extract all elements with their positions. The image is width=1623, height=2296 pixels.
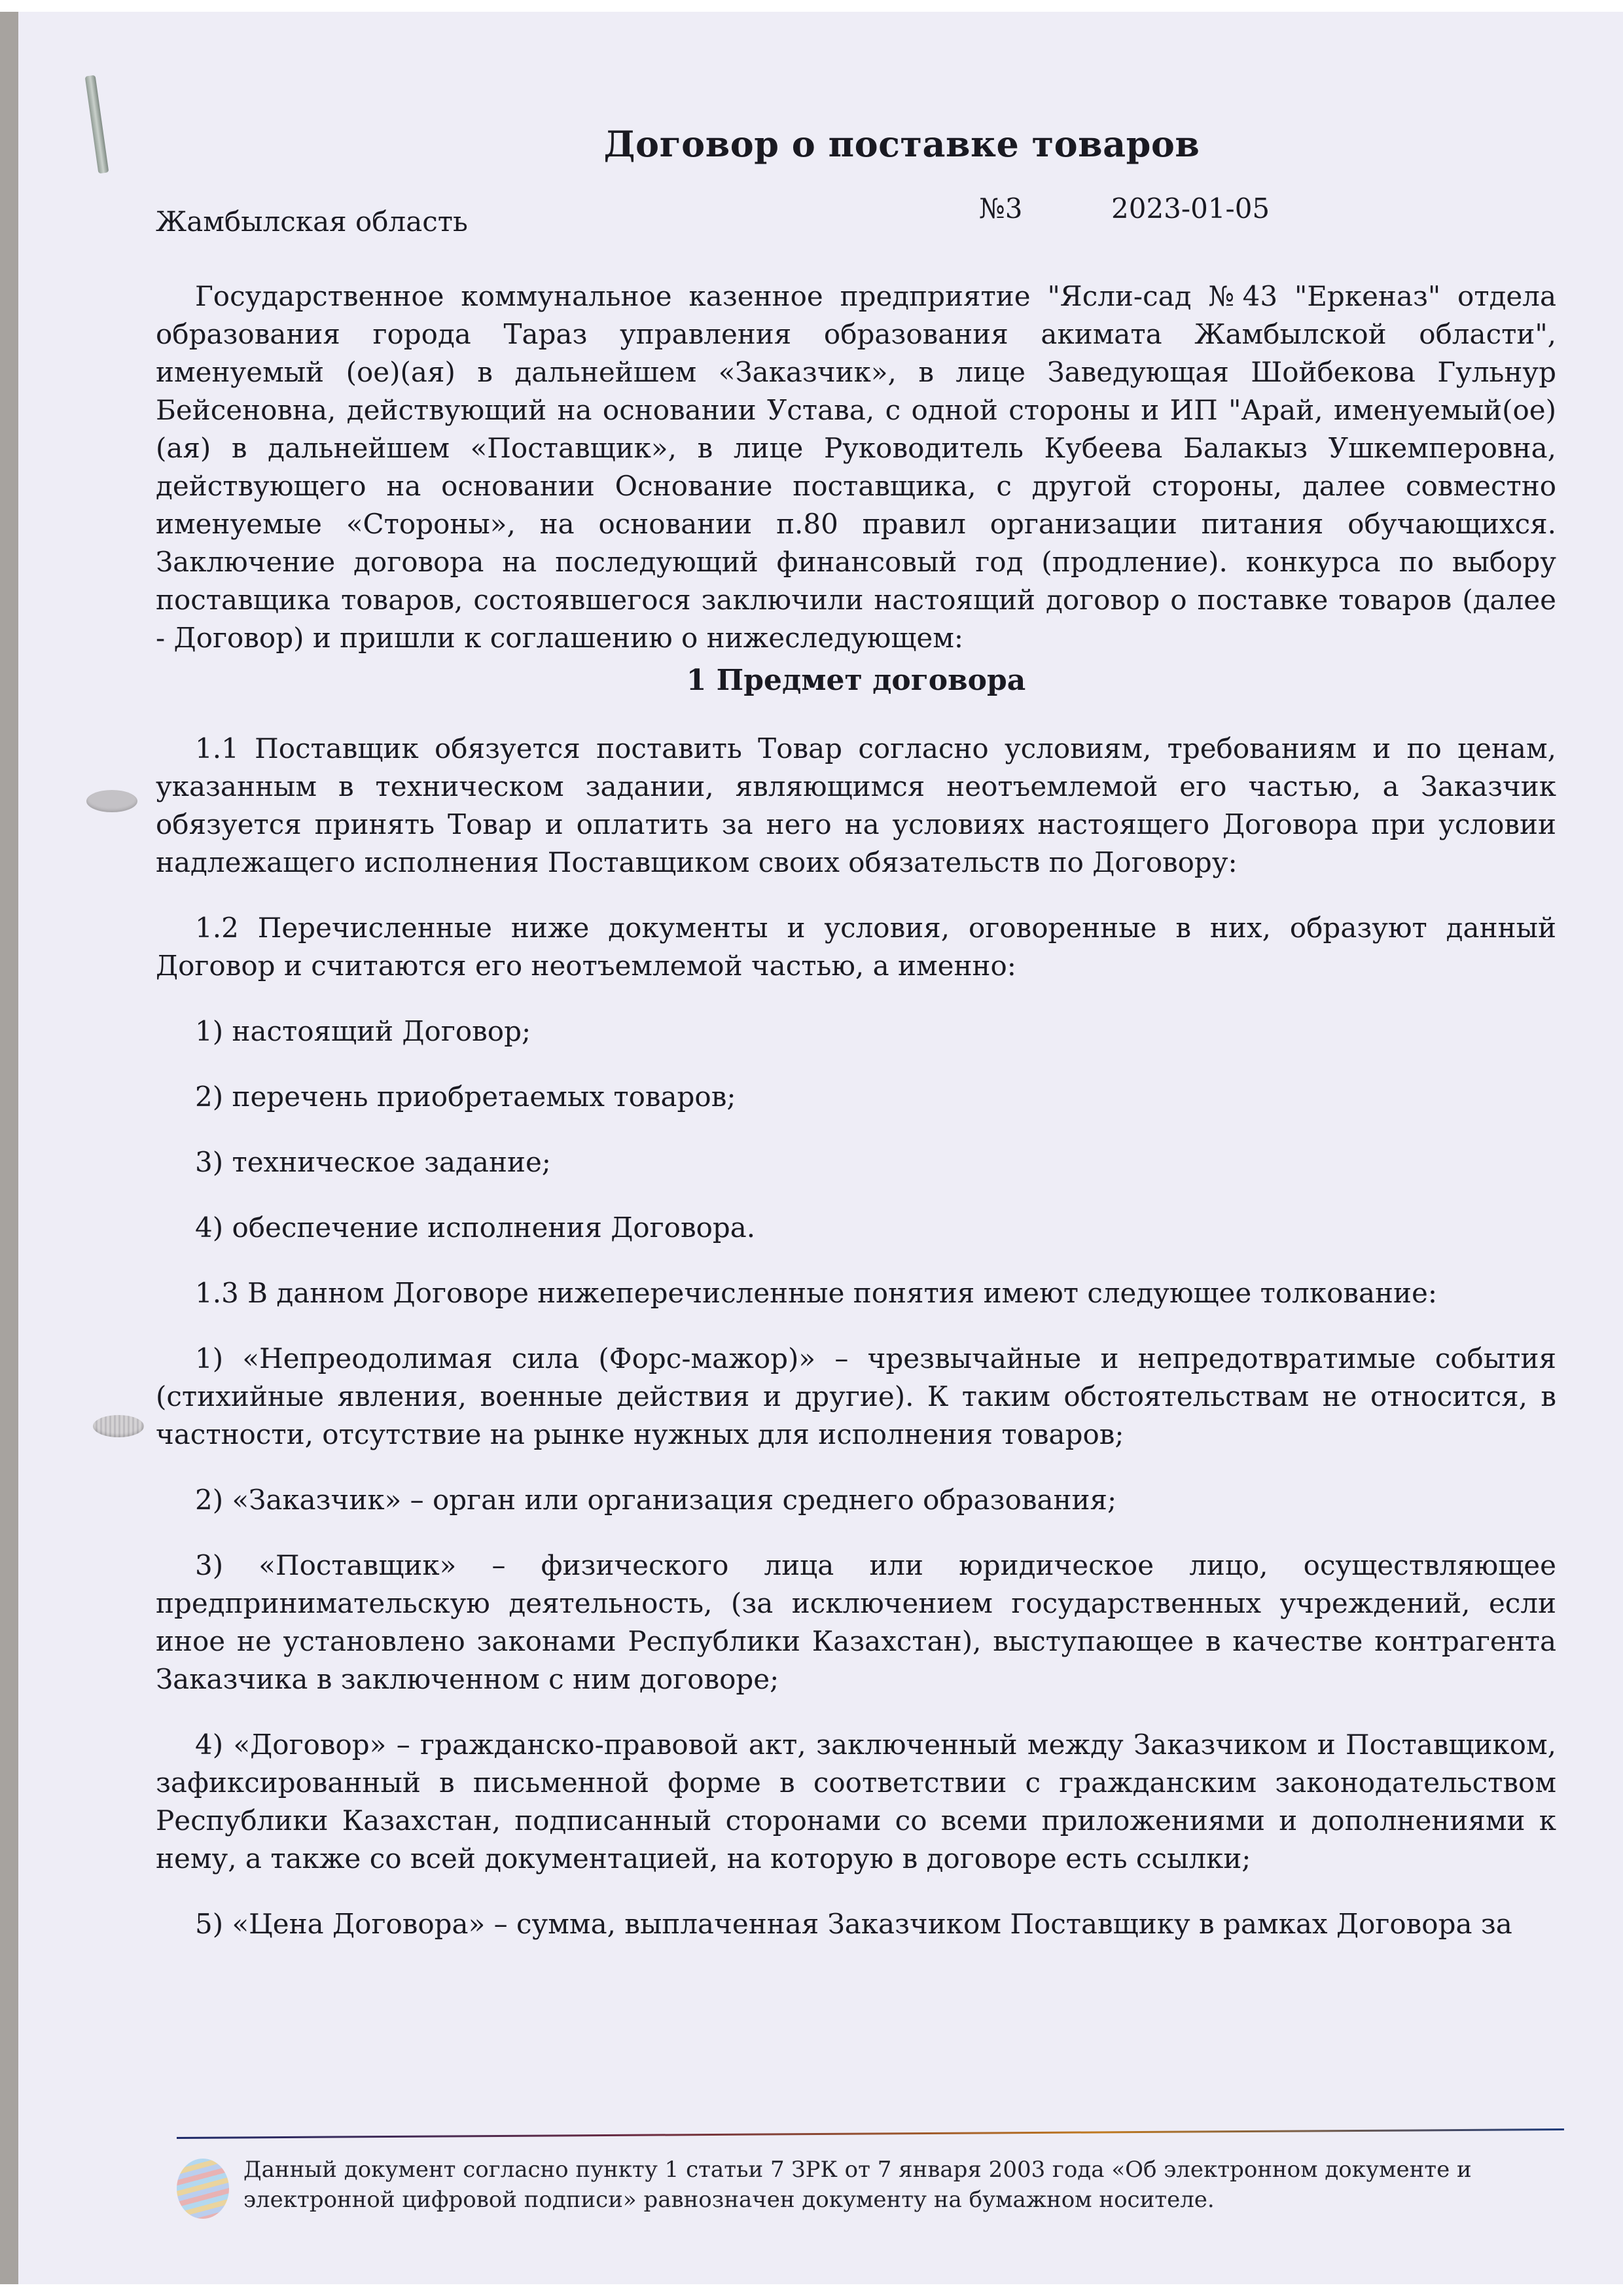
footer-line-2: электронной цифровой подписи» равнозначе… bbox=[243, 2185, 1472, 2215]
document-body: Договор о поставке товаров Жамбылская об… bbox=[156, 105, 1556, 1943]
scanner-edge bbox=[0, 12, 18, 2284]
definition-item: 2) «Заказчик» – орган или организация ср… bbox=[156, 1481, 1556, 1519]
egov-logo-icon bbox=[177, 2159, 229, 2219]
definition-item: 4) «Договор» – гражданско-правовой акт, … bbox=[156, 1726, 1556, 1878]
list-item: 4) обеспечение исполнения Договора. bbox=[156, 1209, 1556, 1247]
definition-item: 5) «Цена Договора» – сумма, выплаченная … bbox=[156, 1905, 1556, 1943]
intro-paragraph: Государственное коммунальное казенное пр… bbox=[156, 278, 1556, 657]
punch-hole-icon bbox=[93, 1415, 144, 1437]
contract-date: 2023-01-05 bbox=[1111, 192, 1270, 224]
definition-item: 3) «Поставщик» – физического лица или юр… bbox=[156, 1547, 1556, 1698]
clause-1-2: 1.2 Перечисленные ниже документы и услов… bbox=[156, 909, 1556, 985]
document-header-row: Жамбылская область №3 2023-01-05 bbox=[156, 206, 1556, 245]
contract-number: №3 bbox=[979, 192, 1022, 224]
region-label: Жамбылская область bbox=[156, 206, 468, 238]
list-item: 3) техническое задание; bbox=[156, 1143, 1556, 1181]
footer: Данный документ согласно пункту 1 статьи… bbox=[177, 2155, 1564, 2219]
section-title: 1 Предмет договора bbox=[156, 664, 1556, 697]
clause-1-3: 1.3 В данном Договоре нижеперечисленные … bbox=[156, 1274, 1556, 1312]
footer-notice: Данный документ согласно пункту 1 статьи… bbox=[243, 2155, 1472, 2215]
punch-hole-icon bbox=[86, 790, 137, 812]
list-item: 2) перечень приобретаемых товаров; bbox=[156, 1078, 1556, 1116]
document-title: Договор о поставке товаров bbox=[247, 123, 1556, 165]
footer-line-1: Данный документ согласно пункту 1 статьи… bbox=[243, 2155, 1472, 2185]
list-item: 1) настоящий Договор; bbox=[156, 1013, 1556, 1050]
clause-1-1: 1.1 Поставщик обязуется поставить Товар … bbox=[156, 730, 1556, 882]
definition-item: 1) «Непреодолимая сила (Форс-мажор)» – ч… bbox=[156, 1340, 1556, 1454]
